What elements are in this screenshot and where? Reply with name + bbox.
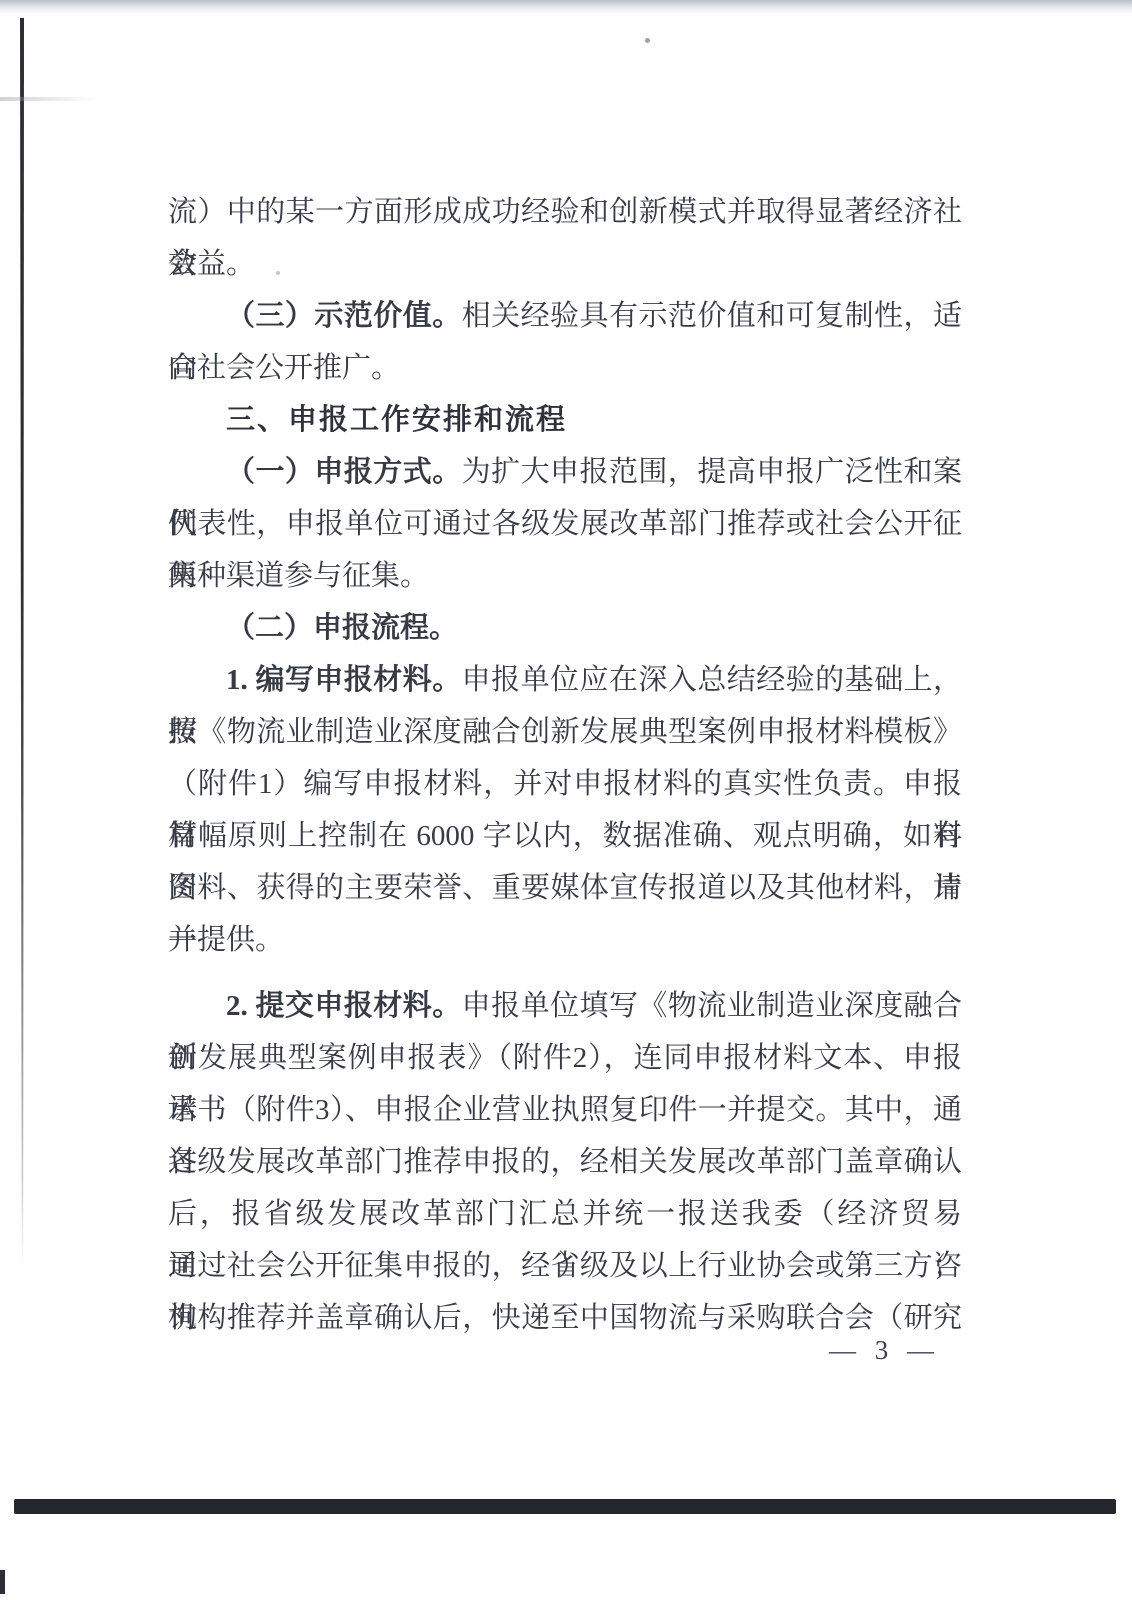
scan-speck <box>645 38 650 43</box>
scan-corner-mark <box>0 1570 5 1594</box>
text-line: 后，报省级发展改革部门汇总并统一报送我委（经济贸易司）； <box>168 1188 962 1240</box>
section-heading: 三、申报工作安排和流程 <box>168 394 962 446</box>
text-line: 向社会公开推广。 <box>168 342 962 394</box>
text-line: 资料、获得的主要荣誉、重要媒体宣传报道以及其他材料，请一 <box>168 862 962 914</box>
page-number: — 3 — <box>829 1330 940 1370</box>
text-line: （三）示范价值。相关经验具有示范价值和可复制性，适合 <box>168 290 962 342</box>
text-line: 代表性，申报单位可通过各级发展改革部门推荐或社会公开征集 <box>168 498 962 550</box>
scan-top-edge-shade <box>0 0 1132 14</box>
text-line: 诺书（附件3）、申报企业营业执照复印件一并提交。其中，通过 <box>168 1084 962 1136</box>
text-line: 通过社会公开征集申报的，经省级及以上行业协会或第三方咨询 <box>168 1240 962 1292</box>
text-line: 2. 提交申报材料。申报单位填写《物流业制造业深度融合创 <box>168 980 962 1032</box>
text-line: （一）申报方式。为扩大申报范围，提高申报广泛性和案例 <box>168 446 962 498</box>
text-line: 照《物流业制造业深度融合创新发展典型案例申报材料模板》 <box>168 706 962 758</box>
text-line: 两种渠道参与征集。 <box>168 550 962 602</box>
text-line: 新发展典型案例申报表》（附件2），连同申报材料文本、申报承 <box>168 1032 962 1084</box>
scan-bottom-bar <box>14 1499 1116 1514</box>
text-line: 效益。 <box>168 238 962 290</box>
text-line: 流）中的某一方面形成成功经验和创新模式并取得显著经济社会 <box>168 186 962 238</box>
text-line: 1. 编写申报材料。申报单位应在深入总结经验的基础上，按 <box>168 654 962 706</box>
text-line: 篇幅原则上控制在 6000 字以内，数据准确、观点明确，如有图片 <box>168 810 962 862</box>
text-line: （附件1）编写申报材料，并对申报材料的真实性负责。申报材料 <box>168 758 962 810</box>
text-line: 各级发展改革部门推荐申报的，经相关发展改革部门盖章确认 <box>168 1136 962 1188</box>
scan-fold-line <box>20 18 24 1270</box>
text-line: （二）申报流程。 <box>168 602 962 654</box>
text-line: 并提供。 <box>168 914 962 966</box>
document-body: 流）中的某一方面形成成功经验和创新模式并取得显著经济社会 效益。 （三）示范价值… <box>168 186 962 1344</box>
scan-smudge <box>0 97 96 101</box>
